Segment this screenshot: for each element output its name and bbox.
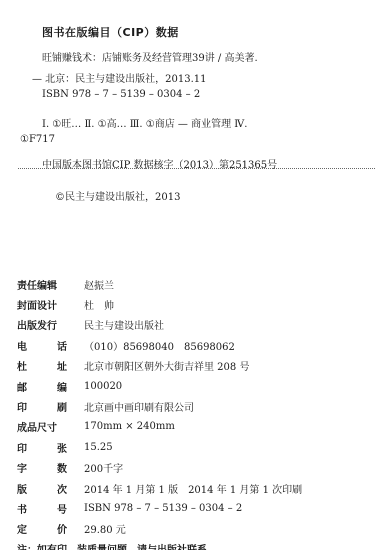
label-text: 邮: [17, 379, 27, 394]
info-row-address: 杜址 北京市朝阳区朝外大街吉祥里 208 号: [17, 356, 302, 376]
info-row-publisher: 出版发行 民主与建设出版社: [17, 315, 302, 335]
label-text: 出版发行: [17, 317, 57, 332]
info-value: 北京画中画印刷有限公司: [84, 399, 194, 414]
info-label: 封面设计: [17, 297, 67, 312]
cip-title: 图书在版编目（CIP）数据: [42, 24, 179, 40]
label-text: 定: [17, 521, 27, 536]
label-text: 版: [17, 481, 27, 496]
info-value: 杜 帅: [84, 297, 114, 312]
info-label: 出版发行: [17, 317, 67, 332]
info-label: 印刷: [17, 399, 67, 414]
label-text: 封面设计: [17, 297, 57, 312]
cip-isbn-line: ISBN 978 – 7 – 5139 – 0304 – 2: [42, 89, 200, 100]
label-text: 印: [17, 399, 27, 414]
info-row-phone: 电话 （010）85698040 85698062: [17, 335, 302, 355]
info-value: （010）85698040 85698062: [84, 338, 235, 353]
info-label: 印张: [17, 440, 67, 455]
label-text: 刷: [57, 399, 67, 414]
info-value: 200千字: [84, 460, 123, 475]
info-row-isbn: 书号 ISBN 978 – 7 – 5139 – 0304 – 2: [17, 498, 302, 518]
info-value: 2014 年 1 月第 1 版 2014 年 1 月第 1 次印刷: [84, 481, 302, 496]
dotted-divider: [18, 168, 375, 169]
info-value: 170mm × 240mm: [84, 421, 175, 432]
info-value: 100020: [84, 381, 122, 392]
info-value: 15.25: [84, 442, 113, 453]
info-row-size: 成品尺寸 170mm × 240mm: [17, 417, 302, 437]
label-text: 电: [17, 338, 27, 353]
info-label: 邮编: [17, 379, 67, 394]
label-text: 成品尺寸: [17, 419, 57, 434]
label-text: 号: [57, 501, 67, 516]
copyright-notice: ©民主与建设出版社，2013: [55, 188, 180, 203]
cip-classification-line: ①F717: [20, 134, 55, 145]
info-row-postcode: 邮编 100020: [17, 376, 302, 396]
label-text: 责任编辑: [17, 277, 57, 292]
label-text: 数: [57, 460, 67, 475]
info-row-word-count: 字数 200千字: [17, 458, 302, 478]
info-value: 民主与建设出版社: [84, 317, 164, 332]
info-row-printer: 印刷 北京画中画印刷有限公司: [17, 396, 302, 416]
info-row-editor: 责任编辑 赵振兰: [17, 274, 302, 294]
info-label: 责任编辑: [17, 277, 67, 292]
info-value: 北京市朝阳区朝外大街吉祥里 208 号: [84, 358, 249, 373]
info-label: 书号: [17, 501, 67, 516]
info-label: 电话: [17, 338, 67, 353]
cip-book-title-line: 旺铺赚钱术：店铺账务及经营管理39讲 / 高美著.: [42, 49, 258, 64]
info-label: 成品尺寸: [17, 419, 67, 434]
label-text: 次: [57, 481, 67, 496]
info-label: 字数: [17, 460, 67, 475]
info-label: 版次: [17, 481, 67, 496]
label-text: 址: [57, 358, 67, 373]
info-value: ISBN 978 – 7 – 5139 – 0304 – 2: [84, 503, 242, 514]
label-text: 字: [17, 460, 27, 475]
publication-info: 责任编辑 赵振兰 封面设计 杜 帅 出版发行 民主与建设出版社 电话 （010）…: [17, 274, 302, 550]
info-row-cover-design: 封面设计 杜 帅: [17, 294, 302, 314]
label-text: 编: [57, 379, 67, 394]
cip-subject-line: Ⅰ. ①旺… Ⅱ. ①高… Ⅲ. ①商店 — 商业管理 Ⅳ.: [42, 115, 247, 130]
info-label: 定价: [17, 521, 67, 536]
info-row-edition: 版次 2014 年 1 月第 1 版 2014 年 1 月第 1 次印刷: [17, 478, 302, 498]
info-label: 杜址: [17, 358, 67, 373]
label-text: 书: [17, 501, 27, 516]
info-row-sheets: 印张 15.25: [17, 437, 302, 457]
label-text: 印: [17, 440, 27, 455]
info-value: 29.80 元: [84, 521, 126, 536]
info-row-price: 定价 29.80 元: [17, 519, 302, 539]
copyright-page: 图书在版编目（CIP）数据 旺铺赚钱术：店铺账务及经营管理39讲 / 高美著. …: [0, 0, 375, 550]
cip-publisher-line: — 北京：民主与建设出版社，2013.11: [32, 70, 207, 85]
label-text: 杜: [17, 358, 27, 373]
label-text: 张: [57, 440, 67, 455]
quality-note: 注：如有印、装质量问题，请与出版社联系。: [17, 541, 302, 550]
info-value: 赵振兰: [84, 277, 114, 292]
label-text: 价: [57, 521, 67, 536]
label-text: 话: [57, 338, 67, 353]
